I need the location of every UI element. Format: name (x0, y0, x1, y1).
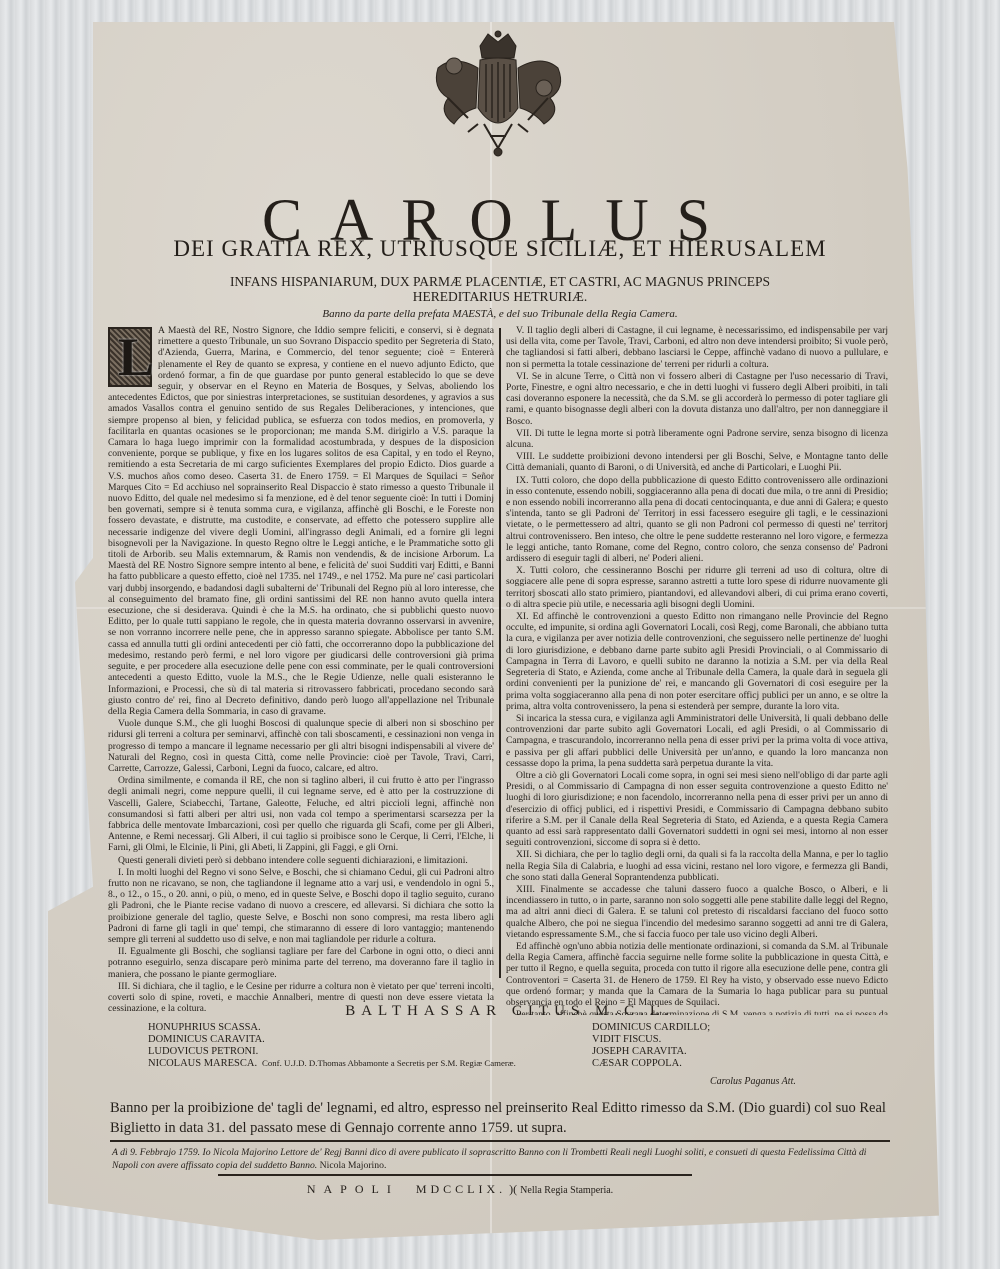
imprint-separator: )( (509, 1182, 517, 1196)
paragraph: VIII. Le suddette proibizioni devono int… (506, 451, 888, 473)
publication-note-text: A dì 9. Febbrajo 1759. Io Nicola Majorin… (112, 1147, 867, 1171)
paragraph: Ed affinchè ogn'uno abbia notizia delle … (506, 941, 888, 1008)
principal-signature: BALTHASSAR CITUS M.C.L. (210, 1003, 810, 1020)
secretary-attestation: Conf. U.J.D. D.Thomas Abbamonte a Secret… (262, 1058, 516, 1068)
royal-titles-line-2: INFANS HISPANIARUM, DUX PARMÆ PLACENTIÆ,… (140, 274, 860, 289)
horizontal-rule (110, 1140, 890, 1142)
paragraph: VII. Di tutte le legna morte si potrà li… (506, 428, 888, 450)
signatory: LUDOVICUS PETRONI. (148, 1046, 265, 1058)
royal-title-line: DEI GRATIA REX, UTRIUSQUE SICILIÆ, ET HI… (100, 236, 900, 262)
paragraph: Vuole dunque S.M., che gli luoghi Boscos… (108, 718, 494, 774)
royal-titles-secondary: INFANS HISPANIARUM, DUX PARMÆ PLACENTIÆ,… (140, 274, 860, 304)
signatory: CÆSAR COPPOLA. (592, 1058, 710, 1070)
publication-signer: Nicola Majorino. (320, 1160, 387, 1171)
paragraph: Oltre a ciò gli Governatori Locali come … (506, 770, 888, 848)
paragraph: I. In molti luoghi del Regno vi sono Sel… (108, 867, 494, 945)
imprint-city: NAPOLI (307, 1182, 399, 1196)
royal-coat-of-arms-icon (418, 28, 578, 168)
paragraph: VI. Se in alcune Terre, o Città non vi f… (506, 371, 888, 427)
initial-letter-glyph: L (118, 329, 154, 385)
column-divider (499, 328, 501, 978)
printer-imprint: NAPOLI MDCCLIX. )( Nella Regia Stamperia… (210, 1182, 710, 1197)
paragraph: II. Egualmente gli Boschi, che sogliansi… (108, 946, 494, 980)
actuary-signature: Carolus Paganus Att. (710, 1076, 796, 1087)
bando-summary: Banno per la proibizione de' tagli de' l… (110, 1098, 900, 1138)
paragraph: Questi generali divieti però si debbano … (108, 855, 494, 866)
paragraph: XII. Si dichiara, che per lo taglio degl… (506, 849, 888, 883)
paragraph: X. Tutti coloro, che cessineranno Boschi… (506, 565, 888, 610)
signatory: DOMINICUS CARDILLO; (592, 1022, 710, 1034)
banno-heading: Banno da parte della prefata MAESTÀ, e d… (140, 308, 860, 320)
imprint-press: Nella Regia Stamperia. (520, 1185, 613, 1196)
signatory: VIDIT FISCUS. (592, 1034, 710, 1046)
signatories-right: DOMINICUS CARDILLO; VIDIT FISCUS. JOSEPH… (592, 1022, 710, 1070)
imprint-year: MDCCLIX. (416, 1182, 506, 1196)
signatory: NICOLAUS MARESCA. (148, 1058, 265, 1070)
paragraph: Ordina similmente, e comanda il RE, che … (108, 775, 494, 853)
left-text-column: L A Maestà del RE, Nostro Signore, che I… (108, 325, 494, 1015)
paragraph: XI. Ed affinchè le controvenzioni a ques… (506, 611, 888, 712)
signatory: HONUPHRIUS SCASSA. (148, 1022, 265, 1034)
horizontal-rule (218, 1174, 692, 1176)
paragraph: Si incarica la stessa cura, e vigilanza … (506, 713, 888, 769)
right-text-column: V. Il taglio degli alberi di Castagne, i… (506, 325, 888, 1015)
signatories-left: HONUPHRIUS SCASSA. DOMINICUS CARAVITA. L… (148, 1022, 265, 1070)
paragraph: IX. Tutti coloro, che dopo della pubblic… (506, 475, 888, 565)
royal-titles-line-3: HEREDITARIUS HETRURIÆ. (140, 289, 860, 304)
signatory: DOMINICUS CARAVITA. (148, 1034, 265, 1046)
decorated-initial-letter: L (108, 327, 152, 387)
signatory: JOSEPH CARAVITA. (592, 1046, 710, 1058)
paragraph: A Maestà del RE, Nostro Signore, che Idd… (108, 325, 494, 717)
paragraph: V. Il taglio degli alberi di Castagne, i… (506, 325, 888, 370)
publication-note: A dì 9. Febbrajo 1759. Io Nicola Majorin… (112, 1146, 892, 1172)
paragraph: XIII. Finalmente se accadesse che taluni… (506, 884, 888, 940)
